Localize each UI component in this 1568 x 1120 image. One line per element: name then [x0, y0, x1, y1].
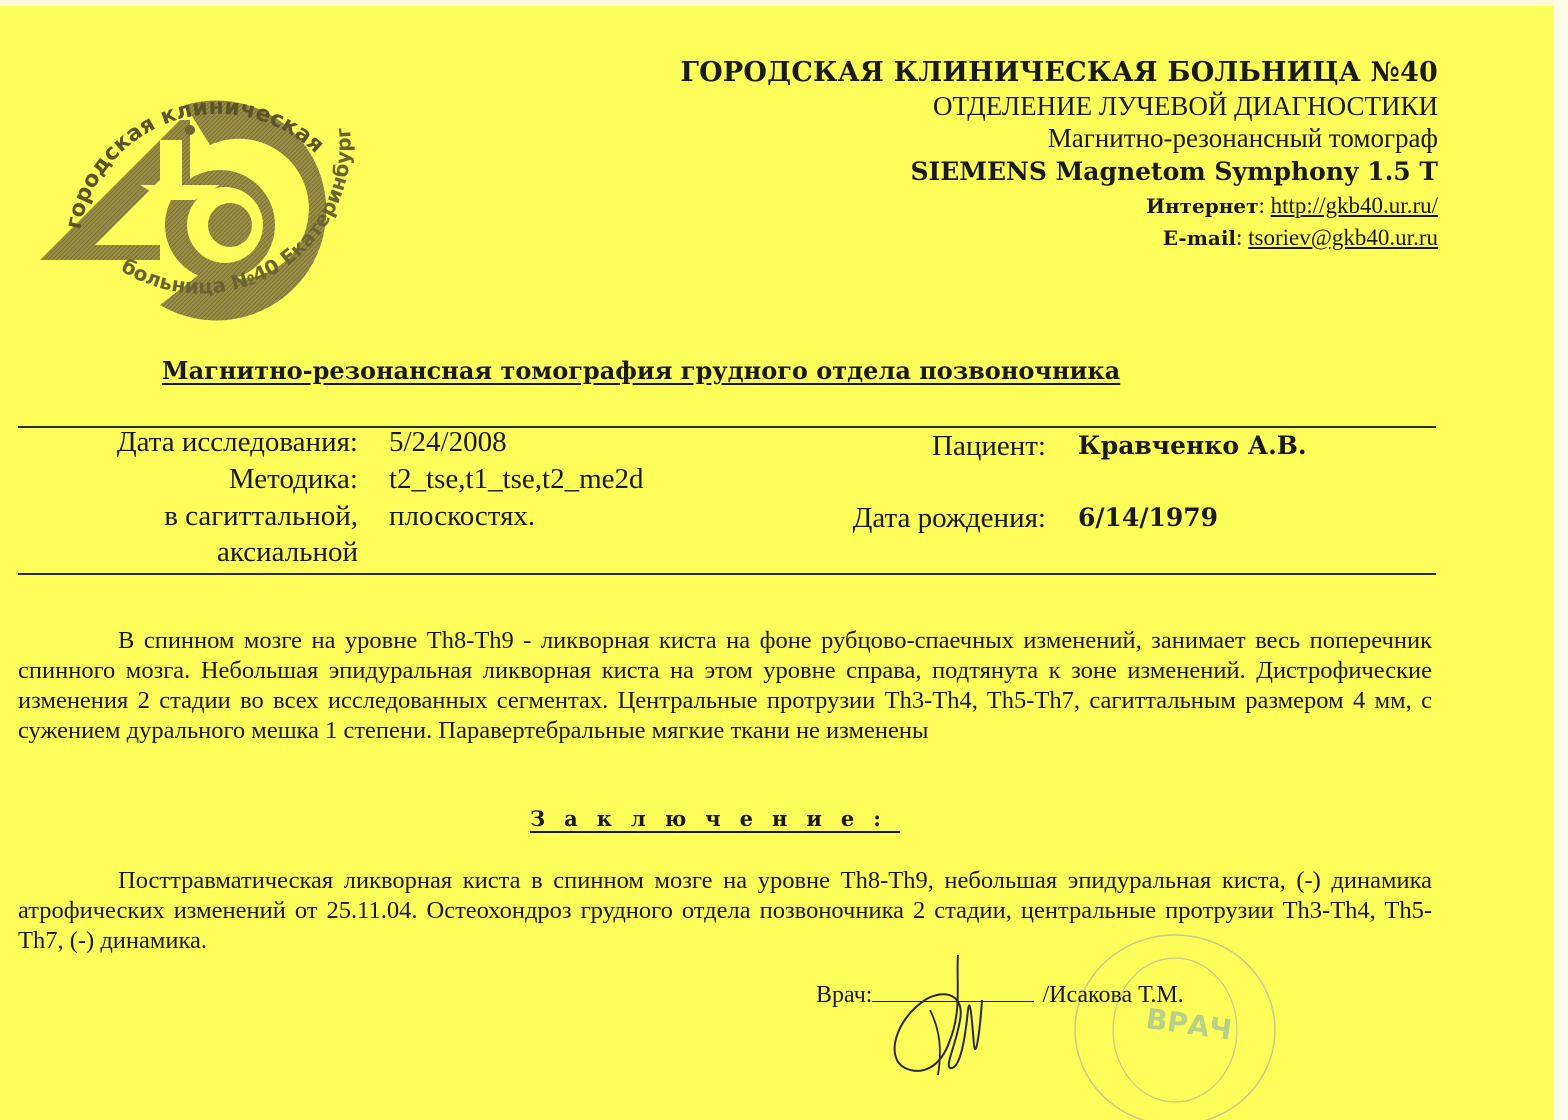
findings-text: В спинном мозге на уровне Th8-Th9 - ликв…	[18, 626, 1432, 746]
divider-bottom	[18, 573, 1436, 575]
handwritten-signature-icon	[870, 950, 1010, 1080]
device-type: Магнитно-резонансный томограф	[680, 122, 1438, 154]
birth-date-value: 6/14/1979	[1078, 500, 1218, 536]
hospital-name: ГОРОДСКАЯ КЛИНИЧЕСКАЯ БОЛЬНИЦА №40	[680, 56, 1438, 90]
study-date-label: Дата исследования:	[117, 424, 358, 460]
study-date-value: 5/24/2008	[389, 424, 507, 460]
hospital-logo-icon: городская клиническая больница №40 Екате…	[20, 20, 380, 340]
scan-top-edge	[0, 0, 1568, 6]
method-value: t2_tse,t1_tse,t2_me2d	[389, 461, 644, 497]
email-label: E-mail	[1163, 226, 1236, 250]
study-info: Дата исследования: 5/24/2008 Методика: t…	[0, 424, 1568, 574]
birth-date-label: Дата рождения:	[853, 500, 1046, 536]
letterhead: ГОРОДСКАЯ КЛИНИЧЕСКАЯ БОЛЬНИЦА №40 ОТДЕЛ…	[680, 56, 1438, 254]
conclusion-heading: Заключение:	[530, 806, 900, 831]
findings-section: В спинном мозге на уровне Th8-Th9 - ликв…	[18, 626, 1432, 746]
planes-value: плоскостях.	[389, 498, 535, 534]
doctor-name: /Исакова Т.М.	[1042, 982, 1183, 1008]
doctor-label: Врач:	[816, 982, 872, 1008]
doctor-stamp-icon: ВРАЧ	[1050, 920, 1300, 1120]
device-model: SIEMENS Magnetom Symphony 1.5 T	[680, 154, 1438, 190]
department-name: ОТДЕЛЕНИЕ ЛУЧЕВОЙ ДИАГНОСТИКИ	[680, 90, 1438, 122]
internet-label: Интернет	[1146, 194, 1258, 218]
method-label: Методика:	[229, 461, 358, 497]
website-link[interactable]: http://gkb40.ur.ru/	[1271, 193, 1438, 218]
email-link[interactable]: tsoriev@gkb40.ur.ru	[1248, 225, 1438, 250]
planes-label-2: аксиальной	[217, 534, 358, 570]
internet-row: Интернет: http://gkb40.ur.ru/	[680, 190, 1438, 222]
email-row: E-mail: tsoriev@gkb40.ur.ru	[680, 222, 1438, 254]
planes-label-1: в сагиттальной,	[164, 498, 358, 534]
patient-name: Кравченко А.В.	[1078, 428, 1307, 464]
document-title: Магнитно-резонансная томография грудного…	[162, 356, 1120, 385]
patient-label: Пациент:	[932, 428, 1046, 464]
